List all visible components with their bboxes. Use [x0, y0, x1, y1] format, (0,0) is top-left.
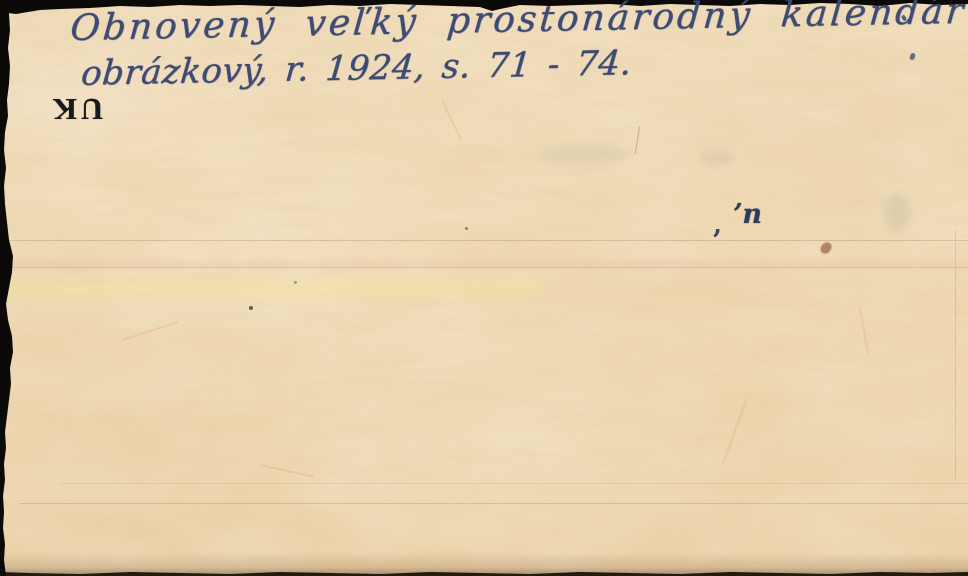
left-torn-edge	[0, 0, 13, 576]
ink-comma-mark: ,	[713, 210, 722, 240]
horizontal-crease-4	[20, 503, 968, 504]
paper-fiber-5	[859, 307, 869, 355]
bottom-edge	[0, 572, 968, 576]
yellow-discoloration-band	[0, 281, 540, 296]
horizontal-crease-2	[0, 267, 968, 268]
dark-speck-3	[294, 281, 297, 284]
scanned-catalog-card: Obnovený veľký prostonárodný kalendár ob…	[0, 0, 968, 576]
horizontal-crease-1	[0, 240, 968, 241]
dark-speck-2	[465, 227, 468, 230]
paper-fiber-2	[441, 101, 462, 141]
paper-fiber-1	[121, 321, 179, 341]
pink-discoloration-band	[0, 261, 968, 268]
ink-blot-mark: ʼn	[733, 199, 762, 230]
dark-speck-1	[249, 306, 253, 310]
horizontal-crease-3	[60, 483, 968, 484]
scratch-mark	[635, 126, 640, 154]
faint-smudge-3	[700, 150, 734, 165]
bottom-shadow-band	[0, 552, 968, 574]
handwritten-annotation: Obnovený veľký prostonárodný kalendár ob…	[70, 0, 967, 96]
faint-smudge-2	[884, 194, 910, 232]
paper-fiber-4	[260, 464, 314, 477]
paper-fiber-3	[722, 398, 748, 464]
faint-smudge-1	[540, 145, 630, 165]
uk-library-stamp: UK	[44, 90, 108, 128]
brown-fleck	[819, 240, 833, 255]
vertical-crease	[955, 230, 956, 480]
